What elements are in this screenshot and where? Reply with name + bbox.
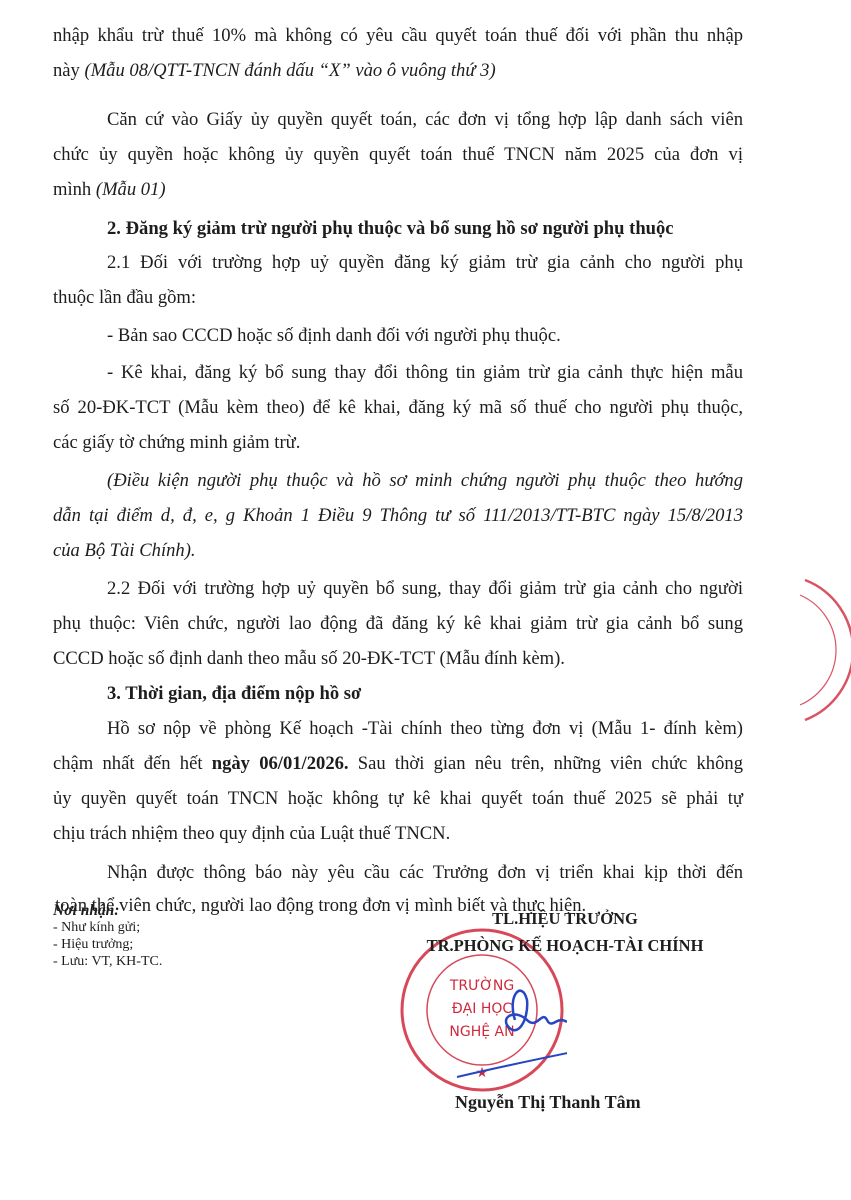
paragraph-line: chậm nhất đến hết ngày 06/01/2026. Sau t… [53,752,743,776]
deadline-date: ngày 06/01/2026. [212,753,349,774]
paragraph-line: chức ủy quyền hoặc không ủy quyền quyết … [53,143,743,167]
section-heading-2: 2. Đăng ký giảm trừ người phụ thuộc và b… [107,217,674,241]
paragraph-line: chịu trách nhiệm theo quy định của Luật … [53,822,450,846]
paragraph-line: Hồ sơ nộp về phòng Kế hoạch -Tài chính t… [107,717,743,741]
paragraph-line: phụ thuộc: Viên chức, người lao động đã … [53,612,743,636]
paragraph-line: các giấy tờ chứng minh giảm trừ. [53,431,300,455]
svg-text:★: ★ [476,1066,489,1081]
svg-text:ĐẠI HỌC: ĐẠI HỌC [452,1001,513,1017]
note-line: dẫn tại điểm d, đ, e, g Khoản 1 Điều 9 T… [53,504,743,528]
note-line: (Điều kiện người phụ thuộc và hồ sơ minh… [107,469,743,493]
recipient-item: - Lưu: VT, KH-TC. [53,953,162,970]
paragraph-line: 2.1 Đối với trường hợp uỷ quyền đăng ký … [107,251,743,275]
paragraph-line: Nhận được thông báo này yêu cầu các Trưở… [107,861,743,885]
section-heading-3: 3. Thời gian, địa điểm nộp hồ sơ [107,682,361,706]
recipients-block: Nơi nhận: - Như kính gửi; - Hiệu trưởng;… [53,902,162,970]
paragraph-line: Căn cứ vào Giấy ủy quyền quyết toán, các… [107,108,743,132]
edge-seal-icon [800,575,851,725]
paragraph-line: nhập khẩu trừ thuế 10% mà không có yêu c… [53,24,743,48]
paragraph-line: 2.2 Đối với trường hợp uỷ quyền bổ sung,… [107,577,743,601]
signer-name: Nguyễn Thị Thanh Tâm [455,1092,641,1113]
svg-text:TRƯỜNG: TRƯỜNG [449,976,514,994]
recipient-item: - Hiệu trưởng; [53,936,162,953]
paragraph-line: mình (Mẫu 01) [53,178,166,202]
paragraph-line: số 20-ĐK-TCT (Mẫu kèm theo) để kê khai, … [53,396,743,420]
paragraph-line: ủy quyền quyết toán TNCN hoặc không tự k… [53,787,743,811]
bullet-line: - Bản sao CCCD hoặc số định danh đối với… [107,324,561,348]
paragraph-line: CCCD hoặc số định danh theo mẫu số 20-ĐK… [53,647,565,671]
recipient-item: - Như kính gửi; [53,919,162,936]
paragraph-line: này (Mẫu 08/QTT-TNCN đánh dấu “X” vào ô … [53,59,496,83]
signature-title-2: TR.PHÒNG KẾ HOẠCH-TÀI CHÍNH [400,932,730,959]
signature-title-1: TL.HIỆU TRƯỞNG [400,905,730,932]
recipients-title: Nơi nhận: [53,902,162,919]
signature-block: TL.HIỆU TRƯỞNG TR.PHÒNG KẾ HOẠCH-TÀI CHÍ… [400,905,730,959]
paragraph-line: thuộc lần đầu gồm: [53,286,196,310]
bullet-line: - Kê khai, đăng ký bổ sung thay đổi thôn… [107,361,743,385]
note-line: của Bộ Tài Chính). [53,539,196,563]
svg-text:NGHỆ AN: NGHỆ AN [449,1022,514,1040]
